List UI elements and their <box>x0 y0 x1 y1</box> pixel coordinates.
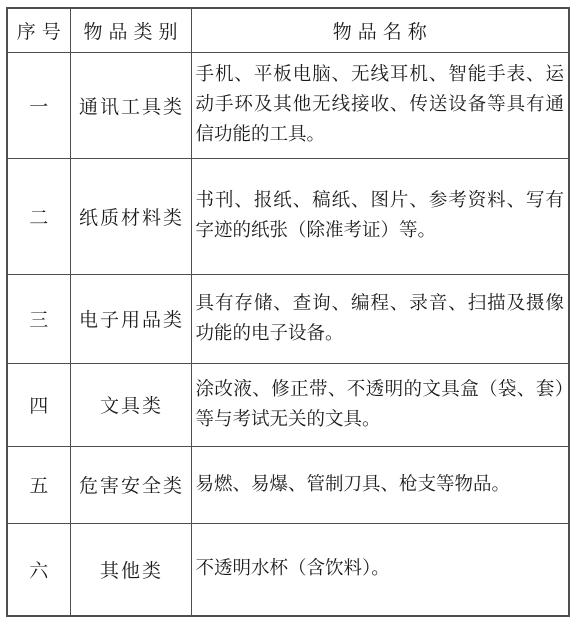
table-header-row: 序号 物品类别 物品名称 <box>7 8 569 52</box>
table-row: 四 文具类 涂改液、修正带、不透明的文具盒（袋、套）等与考试无关的文具。 <box>7 363 569 446</box>
cell-item-name: 不透明水杯（含饮料）。 <box>191 523 569 616</box>
table-row: 一 通讯工具类 手机、平板电脑、无线耳机、智能手表、运动手环及其他无线接收、传送… <box>7 52 569 158</box>
cell-serial: 六 <box>7 523 70 616</box>
cell-category: 通讯工具类 <box>70 52 191 158</box>
cell-serial: 四 <box>7 363 70 446</box>
cell-serial: 二 <box>7 158 70 274</box>
cell-category: 纸质材料类 <box>70 158 191 274</box>
cell-serial: 五 <box>7 446 70 523</box>
table-row: 三 电子用品类 具有存储、查询、编程、录音、扫描及摄像功能的电子设备。 <box>7 274 569 363</box>
cell-category: 电子用品类 <box>70 274 191 363</box>
table-row: 六 其他类 不透明水杯（含饮料）。 <box>7 523 569 616</box>
cell-category: 文具类 <box>70 363 191 446</box>
table-row: 五 危害安全类 易燃、易爆、管制刀具、枪支等物品。 <box>7 446 569 523</box>
cell-item-name: 书刊、报纸、稿纸、图片、参考资料、写有字迹的纸张（除准考证）等。 <box>191 158 569 274</box>
cell-category: 危害安全类 <box>70 446 191 523</box>
header-cell-serial: 序号 <box>7 8 70 52</box>
header-cell-name: 物品名称 <box>191 8 569 52</box>
prohibited-items-table: 序号 物品类别 物品名称 一 通讯工具类 手机、平板电脑、无线耳机、智能手表、运… <box>6 7 570 617</box>
cell-item-name: 涂改液、修正带、不透明的文具盒（袋、套）等与考试无关的文具。 <box>191 363 569 446</box>
document-page: 序号 物品类别 物品名称 一 通讯工具类 手机、平板电脑、无线耳机、智能手表、运… <box>0 0 575 621</box>
cell-item-name: 易燃、易爆、管制刀具、枪支等物品。 <box>191 446 569 523</box>
cell-category: 其他类 <box>70 523 191 616</box>
cell-item-name: 具有存储、查询、编程、录音、扫描及摄像功能的电子设备。 <box>191 274 569 363</box>
cell-item-name: 手机、平板电脑、无线耳机、智能手表、运动手环及其他无线接收、传送设备等具有通信功… <box>191 52 569 158</box>
cell-serial: 一 <box>7 52 70 158</box>
header-cell-category: 物品类别 <box>70 8 191 52</box>
table-row: 二 纸质材料类 书刊、报纸、稿纸、图片、参考资料、写有字迹的纸张（除准考证）等。 <box>7 158 569 274</box>
cell-serial: 三 <box>7 274 70 363</box>
